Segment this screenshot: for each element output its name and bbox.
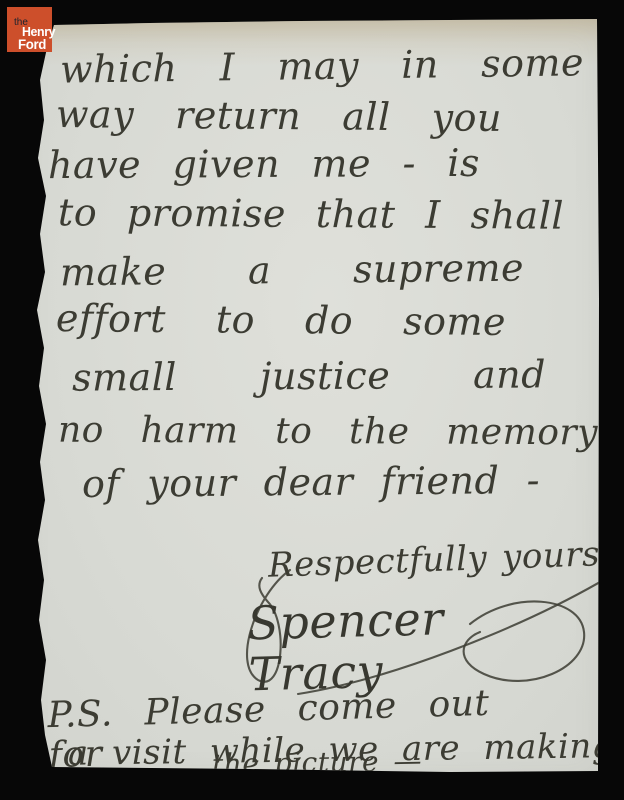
postscript-line: the picture — [212,746,423,780]
letter-line: way return all you [56,94,502,140]
signature: Spencer Tracy [247,590,586,700]
letter-line: small justice and [72,354,546,399]
letter-line: which I may in some [60,42,585,91]
letter-line: effort to do some [56,298,506,344]
letter-paper: which I may in some way return all you h… [0,0,624,800]
logo-ford-text: Ford [18,36,46,52]
henry-ford-logo: the Henry Ford [7,7,52,52]
letter-line: have given me - is [48,143,480,187]
letter-line: make a supreme [60,248,524,295]
letter-line: no harm to the memory [58,411,598,453]
letter-line: to promise that I shall [58,192,564,237]
letter-line: of your dear friend - [82,460,540,506]
closing-line: Respectfully yours [267,536,600,585]
scan-background: which I may in some way return all you h… [0,0,624,800]
